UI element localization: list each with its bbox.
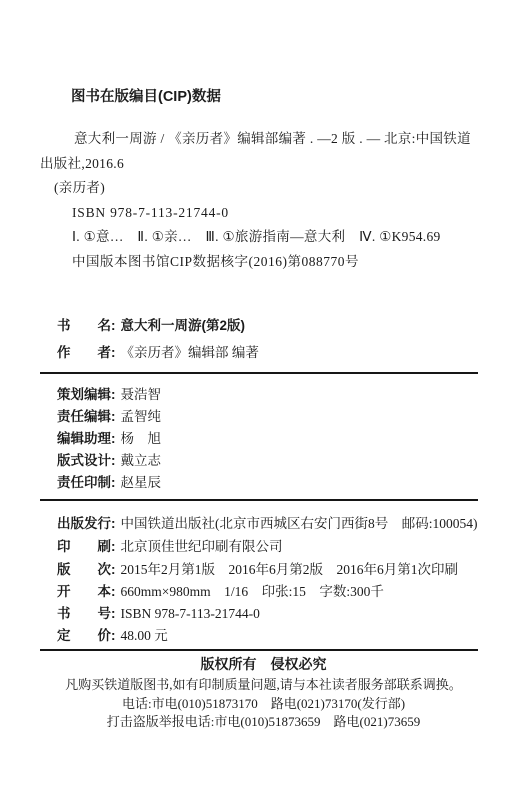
divider-top: [40, 372, 478, 374]
planning-editor-label: 策划编辑:: [57, 387, 116, 402]
format-label: 开 本:: [57, 584, 116, 599]
isbn-row: 书 号:ISBN 978-7-113-21744-0: [57, 606, 260, 623]
editorial-assistant-value: 杨 旭: [121, 431, 162, 446]
service-phone-line: 电话:市电(010)51873170 路电(021)73170(发行部): [0, 696, 527, 712]
layout-designer-label: 版式设计:: [57, 453, 116, 468]
cip-record-number-line: 中国版本图书馆CIP数据核字(2016)第088770号: [72, 254, 359, 271]
cip-series-line: (亲历者): [54, 180, 105, 197]
cip-entry-line-1: 意大利一周游 / 《亲历者》编辑部编著 . —2 版 . — 北京:中国铁道: [74, 131, 471, 148]
edition-value: 2015年2月第1版 2016年6月第2版 2016年6月第1次印刷: [121, 562, 459, 577]
staff-row-editorial-assistant: 编辑助理:杨 旭: [57, 431, 161, 448]
responsible-editor-label: 责任编辑:: [57, 409, 116, 424]
printer-label: 印 刷:: [57, 539, 116, 554]
cip-entry-line-2: 出版社,2016.6: [40, 156, 124, 173]
staff-row-responsible-editor: 责任编辑:孟智纯: [57, 409, 161, 426]
staff-row-planning-editor: 策划编辑:聂浩智: [57, 387, 161, 404]
printer-row: 印 刷:北京顶佳世纪印刷有限公司: [57, 539, 283, 556]
price-label: 定 价:: [57, 628, 116, 643]
staff-row-print-supervisor: 责任印制:赵星辰: [57, 475, 161, 492]
copyright-notice-title: 版权所有 侵权必究: [0, 657, 527, 675]
responsible-editor-value: 孟智纯: [121, 409, 162, 424]
isbn-value: ISBN 978-7-113-21744-0: [121, 606, 260, 621]
format-row: 开 本:660mm×980mm 1/16 印张:15 字数:300千: [57, 584, 384, 601]
staff-row-layout-designer: 版式设计:戴立志: [57, 453, 161, 470]
book-title-label: 书 名:: [57, 318, 116, 333]
isbn-label: 书 号:: [57, 606, 116, 621]
piracy-hotline-line: 打击盗版举报电话:市电(010)51873659 路电(021)73659: [0, 714, 527, 730]
quality-exchange-notice: 凡购买铁道版图书,如有印制质量问题,请与本社读者服务部联系调换。: [0, 677, 527, 693]
printer-value: 北京顶佳世纪印刷有限公司: [121, 539, 283, 554]
book-author-value: 《亲历者》编辑部 编著: [121, 345, 259, 360]
publisher-label: 出版发行:: [57, 516, 116, 531]
price-row: 定 价:48.00 元: [57, 628, 168, 645]
print-supervisor-value: 赵星辰: [121, 475, 162, 490]
book-title-value: 意大利一周游(第2版): [121, 318, 246, 333]
book-author-label: 作 者:: [57, 345, 116, 360]
planning-editor-value: 聂浩智: [121, 387, 162, 402]
edition-row: 版 次:2015年2月第1版 2016年6月第2版 2016年6月第1次印刷: [57, 562, 458, 579]
publisher-row: 出版发行:中国铁道出版社(北京市西城区右安门西街8号 邮码:100054): [57, 516, 478, 533]
cip-isbn-line: ISBN 978-7-113-21744-0: [72, 205, 229, 222]
divider-bottom: [40, 649, 478, 651]
book-copyright-page: 图书在版编目(CIP)数据 意大利一周游 / 《亲历者》编辑部编著 . —2 版…: [0, 0, 527, 800]
layout-designer-value: 戴立志: [121, 453, 162, 468]
divider-middle: [40, 499, 478, 501]
publisher-value: 中国铁道出版社(北京市西城区右安门西街8号 邮码:100054): [121, 516, 478, 531]
print-supervisor-label: 责任印制:: [57, 475, 116, 490]
cip-classification-line: Ⅰ. ①意… Ⅱ. ①亲… Ⅲ. ①旅游指南—意大利 Ⅳ. ①K954.69: [72, 229, 441, 246]
cip-heading: 图书在版编目(CIP)数据: [71, 88, 221, 106]
editorial-assistant-label: 编辑助理:: [57, 431, 116, 446]
edition-label: 版 次:: [57, 562, 116, 577]
book-title-row: 书 名:意大利一周游(第2版): [57, 318, 245, 335]
price-value: 48.00 元: [121, 628, 168, 643]
format-value: 660mm×980mm 1/16 印张:15 字数:300千: [121, 584, 384, 599]
book-author-row: 作 者:《亲历者》编辑部 编著: [57, 345, 259, 362]
